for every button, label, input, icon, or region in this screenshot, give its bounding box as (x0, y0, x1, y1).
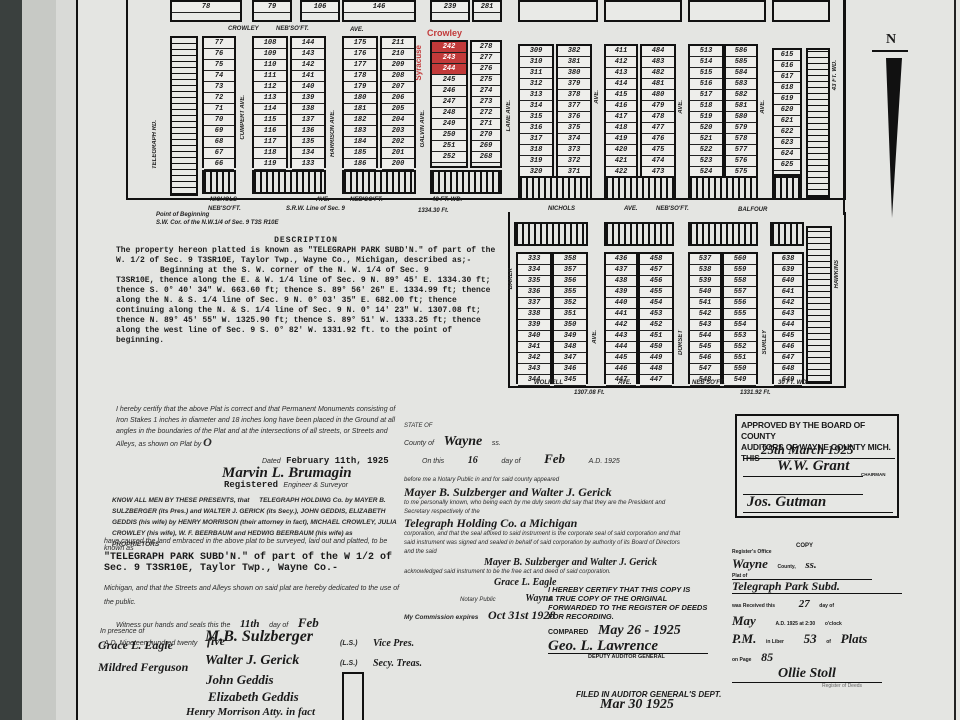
north-label: N (886, 32, 896, 48)
chairman-label: CHAIRMAN (861, 472, 886, 477)
lot: 335 (518, 276, 550, 287)
lot-block: 144 143 142 141 140 139 138 137 136 135 … (290, 36, 326, 168)
surveyor-title: Engineer & Surveyor (283, 482, 348, 489)
lot: 556 (724, 298, 756, 309)
lot: 583 (726, 79, 756, 90)
lot: 269 (472, 141, 500, 152)
lot: 70 (204, 115, 234, 126)
filed-date: Mar 30 1925 (576, 699, 721, 711)
lot: 547 (690, 364, 720, 375)
ls-seal-label: (L.S.) (340, 660, 358, 667)
lot: 141 (292, 71, 324, 82)
lot: 623 (774, 138, 800, 149)
lot-block: 560 559 558 557 556 555 554 553 552 551 … (722, 252, 758, 384)
lot: 576 (726, 156, 756, 167)
lot: 480 (642, 90, 674, 101)
surveyor-cert-body: I hereby certify that the above Plat is … (116, 406, 395, 448)
lot: 278 (472, 42, 500, 53)
register-plat-name: Telegraph Park Subd. (732, 580, 902, 594)
lot-block: 615 616 617 618 619 620 621 622 623 624 … (772, 48, 802, 176)
street-label: HARRISON AVE. (330, 110, 336, 157)
ss-label: ss. (805, 559, 816, 571)
lot: 108 (254, 38, 286, 49)
compared-label: COMPARED (548, 629, 588, 636)
lot: 352 (554, 298, 586, 309)
lot: 445 (606, 353, 636, 364)
lot: 204 (382, 115, 414, 126)
lot: 312 (520, 79, 552, 90)
street-label: CROWLEY (228, 26, 259, 32)
lot: 625 (774, 160, 800, 171)
lot: 348 (554, 342, 586, 353)
in-presence-of-label: In presence of (100, 628, 144, 635)
auditor-cert-line: FORWARDED TO THE REGISTER OF DEEDS (548, 603, 708, 612)
lot: 519 (690, 112, 722, 123)
lot-block: 175 176 177 178 179 180 181 182 183 184 … (342, 36, 378, 168)
lot: 448 (640, 364, 672, 375)
signer-signature: John Geddis (206, 672, 274, 688)
day-of-label: day of (501, 458, 520, 465)
lot: 339 (518, 320, 550, 331)
alley-lots (604, 176, 676, 200)
auditor-cert-line: FOR RECORDING. (548, 612, 708, 621)
lot: 380 (558, 68, 590, 79)
frame-edge (22, 0, 56, 720)
received-line: was Received this 27 day of (732, 594, 902, 612)
narrow-lot-block (806, 48, 830, 198)
lot: 513 (690, 46, 722, 57)
alley-lots (604, 222, 674, 246)
north-arrow-crossbar (872, 50, 908, 52)
lot: 520 (690, 123, 722, 134)
lot: 374 (558, 134, 590, 145)
lot: 577 (726, 145, 756, 156)
lot: 203 (382, 126, 414, 137)
plats-label: Plats (841, 631, 868, 646)
lot: 540 (690, 287, 720, 298)
state-label: STATE OF (404, 423, 432, 429)
county-label: County, (777, 564, 795, 570)
lot: 276 (472, 64, 500, 75)
page-line: on Page 85 (732, 648, 902, 666)
lot: 413 (606, 68, 636, 79)
lot-block: 382 381 380 379 378 377 376 375 374 373 … (556, 44, 592, 176)
lot: 340 (518, 331, 550, 342)
lot: 419 (606, 134, 636, 145)
lot: 559 (724, 265, 756, 276)
lot: 207 (382, 82, 414, 93)
register-county-line: Wayne County, ss. (732, 555, 902, 573)
lot: 277 (472, 53, 500, 64)
dedication-text: have caused the land embraced in the abo… (104, 538, 404, 552)
partial-block: 281 (472, 0, 502, 22)
liber-number: 53 (794, 631, 817, 646)
lot: 186 (344, 159, 376, 170)
lot: 206 (382, 93, 414, 104)
lot-block: 77 76 75 74 73 72 71 70 69 68 67 66 (202, 36, 236, 168)
alley-lots (772, 176, 802, 200)
auditor-general-certificate: I HEREBY CERTIFY THAT THIS COPY IS A TRU… (548, 585, 708, 660)
street-label: WOLFELL (534, 380, 563, 386)
lot: 453 (640, 309, 672, 320)
lot: 514 (690, 57, 722, 68)
lot-block: 537 538 539 540 541 542 543 544 545 546 … (688, 252, 722, 384)
notary-text: corporation, and that the seal affixed t… (404, 530, 684, 557)
description-para2: T3SR10E, thence along the E. & W. 1/4 li… (116, 276, 496, 346)
lot: 71 (204, 104, 234, 115)
street-label: 43 FT. WD. (832, 60, 838, 90)
lot: 202 (382, 137, 414, 148)
page-number: 85 (761, 650, 773, 664)
lot: 436 (606, 254, 636, 265)
seal-boxes (342, 672, 364, 720)
lot: 205 (382, 104, 414, 115)
received-label: was Received this (732, 603, 775, 609)
lot: 79 (254, 2, 290, 13)
lot: 311 (520, 68, 552, 79)
lot: 482 (642, 68, 674, 79)
lot: 415 (606, 90, 636, 101)
filed-stamp: FILED IN AUDITOR GENERAL'S DEPT. Mar 30 … (576, 690, 721, 711)
notary-public-label: Notary Public (460, 597, 496, 603)
lot: 585 (726, 57, 756, 68)
lot: 517 (690, 90, 722, 101)
partial-block (688, 0, 766, 22)
lot: 417 (606, 112, 636, 123)
lot: 115 (254, 115, 286, 126)
lot: 554 (724, 320, 756, 331)
lot: 378 (558, 90, 590, 101)
lot: 441 (606, 309, 636, 320)
dimension-label: NEB'SO'FT. (208, 206, 241, 212)
street-width-label: 30 FT. WD. (778, 380, 808, 386)
received-day: 27 (785, 598, 810, 610)
deputy-auditor-title: DEPUTY AUDITOR GENERAL (548, 654, 708, 660)
narrow-lot-block (170, 36, 198, 196)
signature-line (743, 458, 895, 459)
lot: 543 (690, 320, 720, 331)
lot: 178 (344, 71, 376, 82)
street-label: DORSET (678, 330, 684, 355)
lot: 458 (640, 254, 672, 265)
lot: 72 (204, 93, 234, 104)
signature-line (743, 512, 893, 513)
lot: 553 (724, 331, 756, 342)
lot: 200 (382, 159, 414, 170)
lot: 208 (382, 71, 414, 82)
lot: 479 (642, 101, 674, 112)
witness-signature: Mildred Ferguson (98, 660, 188, 675)
dedication-text2: Michigan, and that the Streets and Alley… (104, 582, 404, 610)
compared-line: COMPARED May 26 - 1925 (548, 621, 708, 639)
lot: 134 (292, 148, 324, 159)
lot: 319 (520, 156, 552, 167)
lot: 144 (292, 38, 324, 49)
lot: 518 (690, 101, 722, 112)
notary-day: 16 (454, 455, 492, 466)
lot: 622 (774, 127, 800, 138)
lot: 182 (344, 115, 376, 126)
street-label: CUMPERT AVE. (240, 95, 246, 140)
lot: 249 (432, 119, 466, 130)
lot: 281 (474, 2, 500, 13)
lot: 350 (554, 320, 586, 331)
lot: 515 (690, 68, 722, 79)
liber-label: in Liber (766, 639, 784, 645)
description-para2-lead: Beginning at the S. W. corner of the N. … (116, 266, 496, 276)
notary-text: to me personally known, who being each b… (404, 499, 684, 517)
lot: 579 (726, 123, 756, 134)
alley-lots (430, 170, 502, 194)
alley-lots (688, 222, 758, 246)
lot: 109 (254, 49, 286, 60)
register-of-deeds-record: COPY Register's Office Wayne County, ss.… (732, 543, 902, 689)
highlighted-street-label-crowley: Crowley (427, 28, 462, 38)
lot: 114 (254, 104, 286, 115)
lot-highlighted: 243 (432, 53, 466, 64)
lot-block: 586 585 584 583 582 581 580 579 578 577 … (724, 44, 758, 176)
lot-block: 108 109 110 111 112 113 114 115 116 117 … (252, 36, 288, 168)
lot: 246 (432, 86, 466, 97)
lot: 74 (204, 71, 234, 82)
lot: 146 (344, 2, 414, 13)
street-label: NICHOLS (210, 197, 237, 203)
ls-seal-label: (L.S.) (340, 640, 358, 647)
county-label: County of (404, 440, 434, 447)
dimension-label: 1331.92 Ft. (740, 390, 771, 396)
lot: 252 (432, 152, 466, 163)
dimension-label: 1334.30 Ft. (418, 208, 449, 214)
lot: 245 (432, 75, 466, 86)
lot: 416 (606, 101, 636, 112)
lot: 443 (606, 331, 636, 342)
compared-date: May 26 - 1925 (598, 623, 681, 638)
lot: 638 (774, 254, 802, 265)
dimension-label: 1307.08 Ft. (574, 390, 605, 396)
lot: 522 (690, 145, 722, 156)
lot: 381 (558, 57, 590, 68)
lot: 478 (642, 112, 674, 123)
lot: 142 (292, 60, 324, 71)
notary-names: Mayer B. Sulzberger and Walter J. Gerick (404, 557, 684, 568)
lot: 341 (518, 342, 550, 353)
lot-block: 436 437 438 439 440 441 442 443 444 445 … (604, 252, 638, 384)
lot: 639 (774, 265, 802, 276)
county-auditors-approval-stamp: APPROVED BY THE BOARD OF COUNTY AUDITORS… (735, 414, 899, 518)
partial-block: 239 (430, 0, 470, 22)
alley-lots (514, 222, 588, 246)
lot: 351 (554, 309, 586, 320)
lot: 181 (344, 104, 376, 115)
lot: 451 (640, 331, 672, 342)
page-label: on Page (732, 657, 751, 663)
notary-company: Telegraph Holding Co. a Michigan (404, 517, 684, 530)
section-line (843, 0, 845, 215)
lot: 615 (774, 50, 800, 61)
lot: 135 (292, 137, 324, 148)
surveyor-cert-text: I hereby certify that the above Plat is … (112, 404, 402, 450)
lot: 273 (472, 97, 500, 108)
lot: 648 (774, 364, 802, 375)
legal-description: DESCRIPTION The property hereon platted … (116, 236, 496, 346)
lot: 201 (382, 148, 414, 159)
lot: 586 (726, 46, 756, 57)
lot: 643 (774, 309, 802, 320)
lot-block-highlighted: 242 243 244 245 246 247 248 249 250 251 … (430, 40, 468, 168)
lot: 355 (554, 287, 586, 298)
lot: 549 (724, 375, 756, 386)
street-label: AVE. (316, 197, 330, 203)
lot-block: 513 514 515 516 517 518 519 520 521 522 … (688, 44, 724, 176)
lot: 411 (606, 46, 636, 57)
lot: 239 (432, 2, 468, 13)
lot: 476 (642, 134, 674, 145)
lot: 541 (690, 298, 720, 309)
lot-highlighted: 244 (432, 64, 466, 75)
on-this-label: On this (422, 458, 444, 465)
lot: 75 (204, 60, 234, 71)
lot: 248 (432, 108, 466, 119)
street-width-label: NEB'SO'FT. (692, 380, 725, 386)
lot: 457 (640, 265, 672, 276)
lot: 484 (642, 46, 674, 57)
lot: 375 (558, 123, 590, 134)
lot: 545 (690, 342, 720, 353)
notary-year: A.D. 1925 (589, 458, 620, 465)
lot: 69 (204, 126, 234, 137)
lot: 523 (690, 156, 722, 167)
alley-lots (252, 170, 326, 194)
witness-signature: Grace L. Eagle (98, 638, 173, 653)
lot: 349 (554, 331, 586, 342)
street-label: AVE. (594, 90, 600, 104)
lot-block: 211 210 209 208 207 206 205 204 203 202 … (380, 36, 416, 168)
lot: 373 (558, 145, 590, 156)
lot: 73 (204, 82, 234, 93)
lot: 250 (432, 130, 466, 141)
lot: 317 (520, 134, 552, 145)
street-label: AVE. (618, 380, 632, 386)
street-label: AVE. (350, 27, 364, 33)
lot: 119 (254, 159, 286, 170)
lot: 438 (606, 276, 636, 287)
signature-line (743, 476, 863, 477)
dedication-lead: KNOW ALL MEN BY THESE PRESENTS, that (112, 497, 249, 504)
lot: 616 (774, 61, 800, 72)
lot: 546 (690, 353, 720, 364)
lot: 414 (606, 79, 636, 90)
lot: 272 (472, 108, 500, 119)
commission-date: Oct 31st 1928 (488, 608, 555, 622)
lot: 481 (642, 79, 674, 90)
lot: 139 (292, 93, 324, 104)
commission-label: My Commission expires (404, 614, 478, 621)
lot: 314 (520, 101, 552, 112)
frame-margin (56, 0, 76, 720)
street-width-label: NEB'SO'FT. (276, 26, 309, 32)
notary-text: acknowledged said instrument to be the f… (404, 568, 684, 577)
lot: 346 (554, 364, 586, 375)
lot: 116 (254, 126, 286, 137)
subdivision-name: "TELEGRAPH PARK SUBD'N." of part of the … (104, 552, 404, 574)
lot: 110 (254, 60, 286, 71)
deputy-auditor-signature: Geo. L. Lawrence (548, 639, 708, 654)
lot: 106 (302, 2, 338, 13)
lot: 617 (774, 72, 800, 83)
lot: 67 (204, 148, 234, 159)
register-county: Wayne (732, 556, 768, 571)
alley-lots (342, 170, 416, 194)
lot: 175 (344, 38, 376, 49)
north-arrow-icon: N (872, 28, 912, 228)
notary-county-line: STATE OF County of Wayne ss. (404, 414, 684, 450)
lot: 247 (432, 97, 466, 108)
notary-appeared-line: before me a Notary Public in and for sai… (404, 468, 684, 486)
street-label-telegraph: TELEGRAPH RD. (152, 120, 158, 169)
signer-role: Vice Pres. (373, 638, 414, 649)
auditor-cert-line: A TRUE COPY OF THE ORIGINAL (548, 594, 708, 603)
lot: 420 (606, 145, 636, 156)
lot: 268 (472, 152, 500, 163)
description-para1: The property hereon platted is known as … (116, 246, 496, 266)
lot-block: 638 639 640 641 642 643 644 645 646 647 … (772, 252, 804, 384)
lot: 382 (558, 46, 590, 57)
lot: 309 (520, 46, 552, 57)
alley-lots (688, 176, 758, 200)
lot: 442 (606, 320, 636, 331)
lot: 183 (344, 126, 376, 137)
lot: 450 (640, 342, 672, 353)
partial-block (604, 0, 682, 22)
lot: 521 (690, 134, 722, 145)
signer-signature: Walter J. Gerick (205, 653, 299, 669)
lot: 176 (344, 49, 376, 60)
lot: 439 (606, 287, 636, 298)
lot: 440 (606, 298, 636, 309)
dated-label: Dated (262, 458, 281, 465)
street-label: BAKER (508, 268, 514, 289)
lot: 113 (254, 93, 286, 104)
lot: 412 (606, 57, 636, 68)
lot: 184 (344, 137, 376, 148)
lot: 452 (640, 320, 672, 331)
lot: 209 (382, 60, 414, 71)
received-month: May (732, 613, 756, 628)
lot: 180 (344, 93, 376, 104)
street-width-label: 43 FT. WD. (432, 197, 462, 203)
lot: 313 (520, 90, 552, 101)
lot: 557 (724, 287, 756, 298)
lot: 372 (558, 156, 590, 167)
liber-line: P.M. in Liber 53 of Plats (732, 630, 902, 648)
received-year-time: A.D. 1925 at 2:30 (765, 621, 815, 627)
signer-signature: Elizabeth Geddis (208, 689, 299, 705)
lot: 347 (554, 353, 586, 364)
lot: 377 (558, 101, 590, 112)
approval-signature-chairman: W.W. Grant (777, 458, 849, 475)
lot: 143 (292, 49, 324, 60)
lot: 560 (724, 254, 756, 265)
notary-text: before me a Notary Public in and for sai… (404, 477, 559, 483)
alley-lots (202, 170, 236, 194)
approval-date: 25th March 1925 (761, 442, 853, 458)
lot: 338 (518, 309, 550, 320)
street-label: GALVIN AVE. (420, 110, 426, 147)
lot: 133 (292, 159, 324, 170)
ss-label: ss. (492, 440, 501, 447)
lot: 136 (292, 126, 324, 137)
lot: 644 (774, 320, 802, 331)
